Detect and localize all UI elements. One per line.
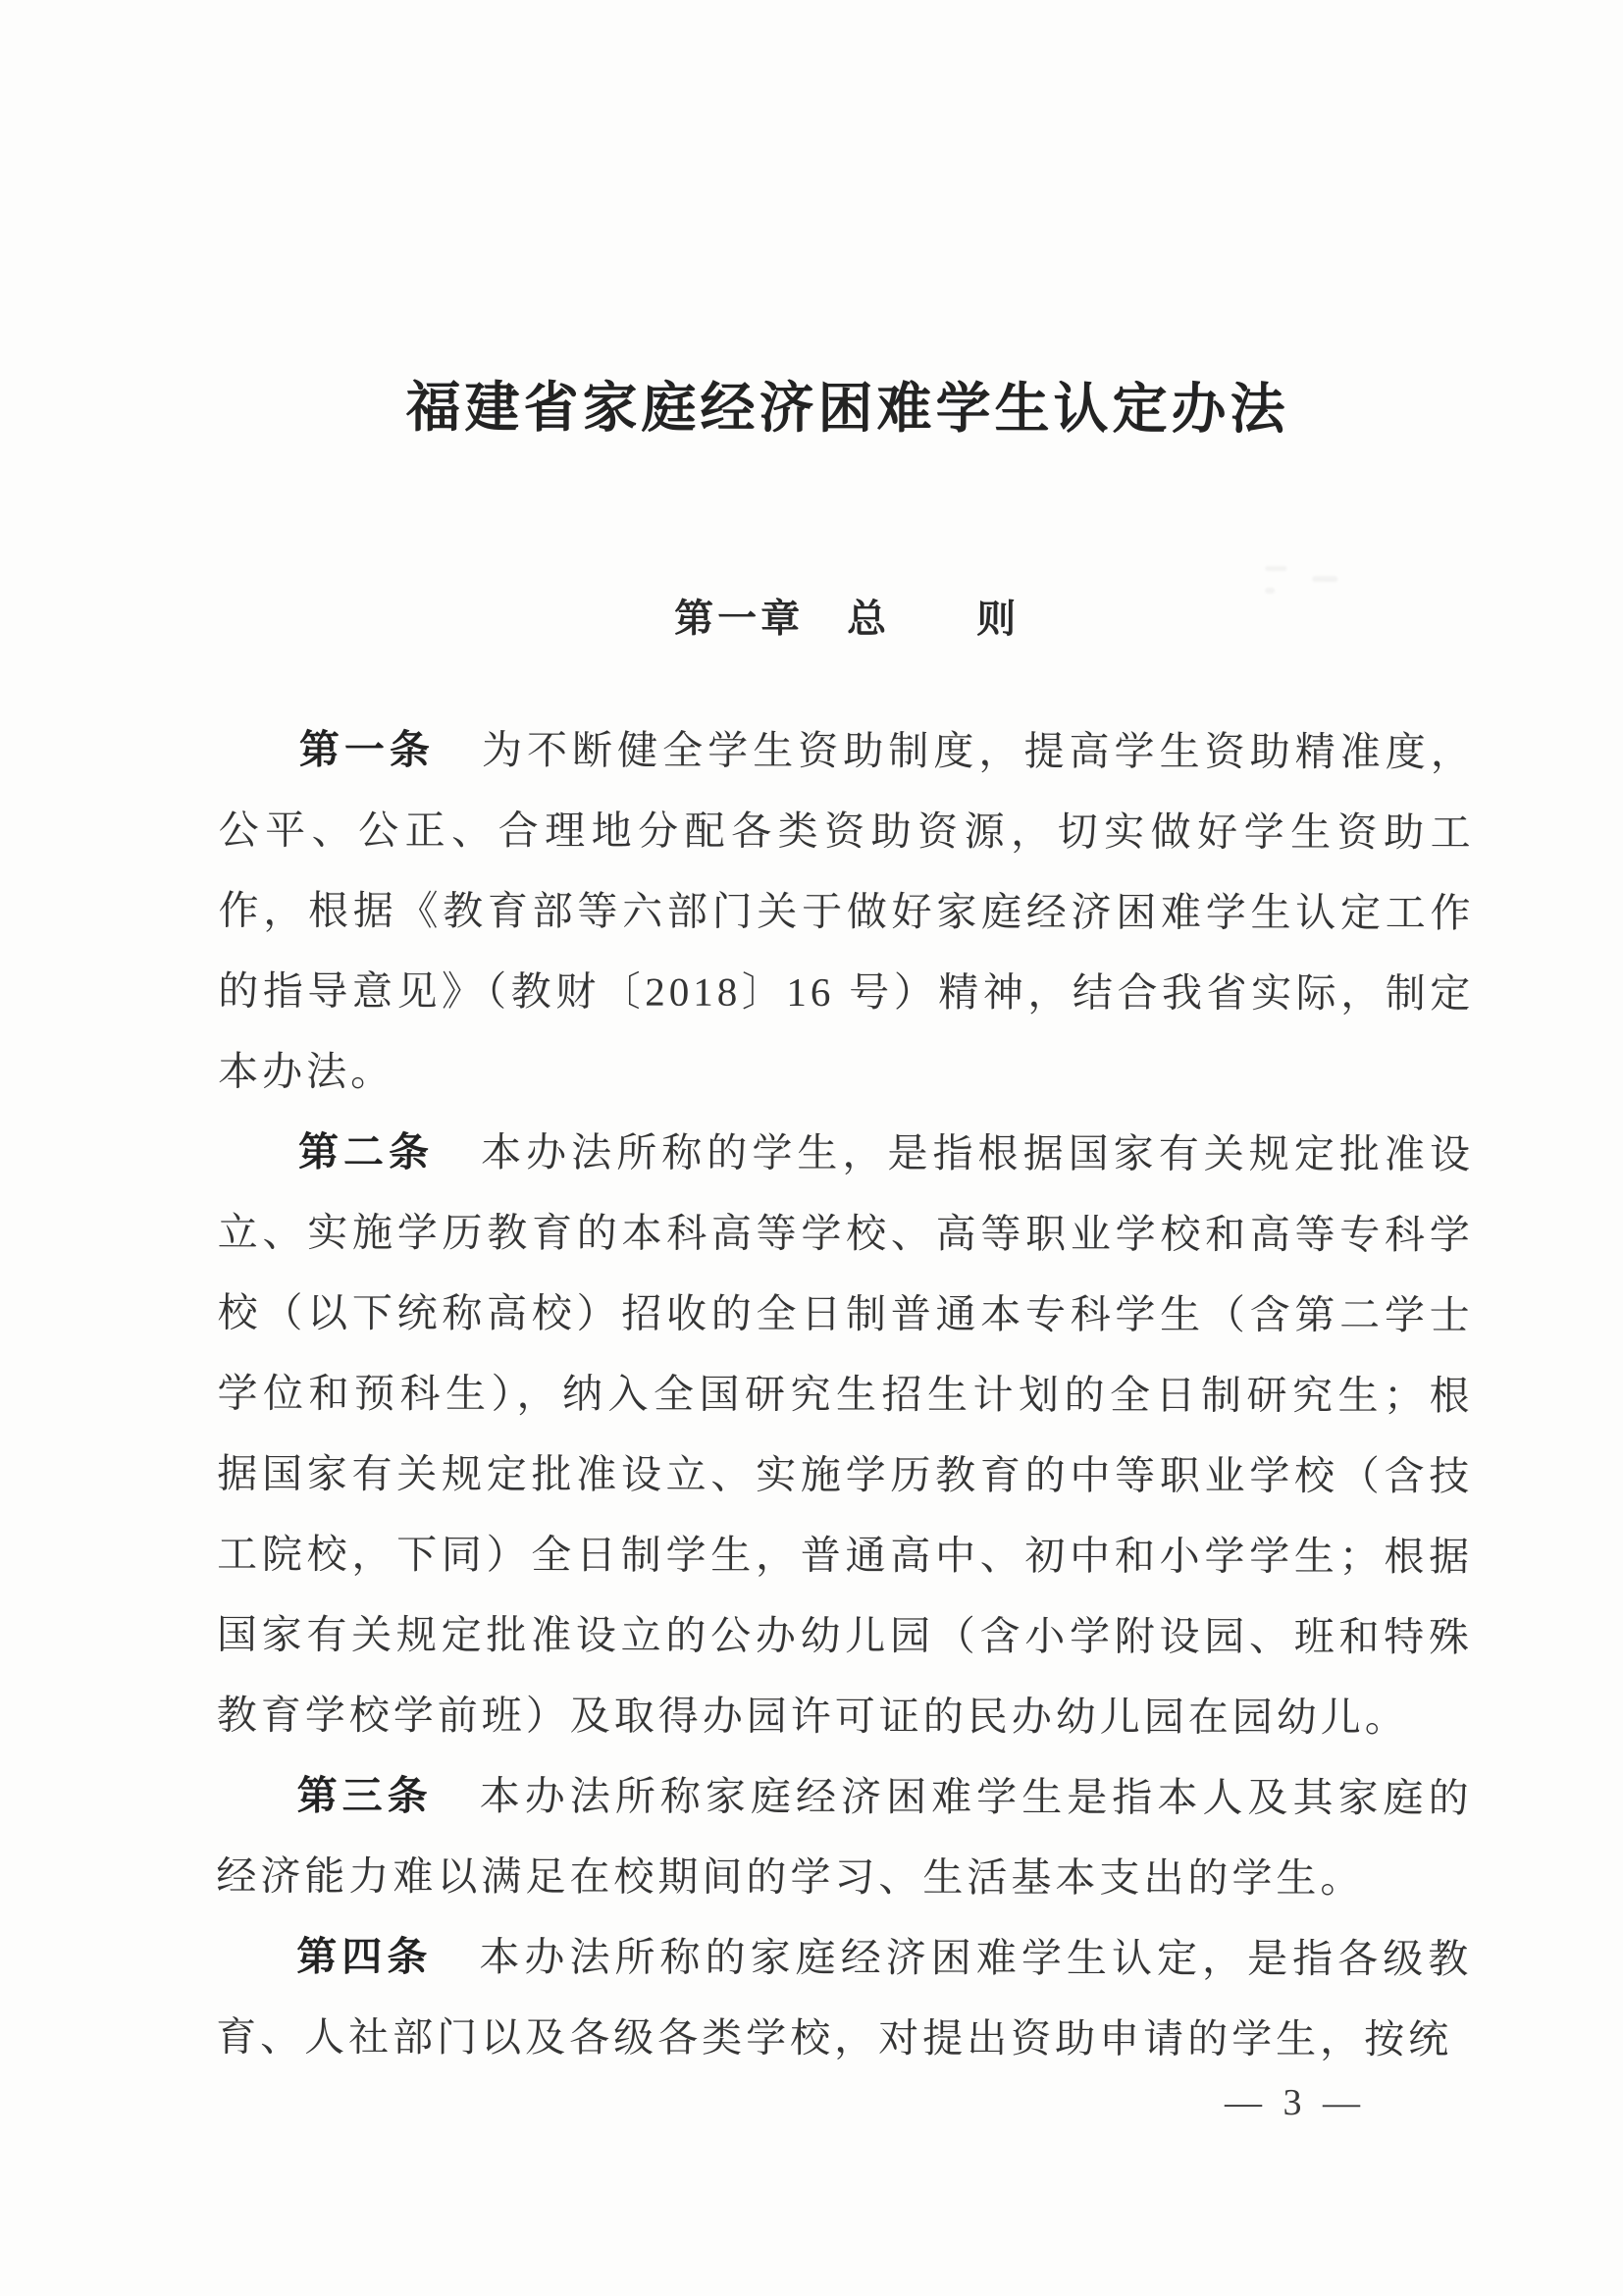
article-1: 第一条为不断健全学生资助制度，提高学生资助精准度，公平、公正、合理地分配各类资助… bbox=[218, 709, 1475, 1115]
document-body: 第一条为不断健全学生资助制度，提高学生资助精准度，公平、公正、合理地分配各类资助… bbox=[216, 709, 1475, 2080]
article-4-number: 第四条 bbox=[296, 1934, 432, 1979]
page-number: — 3 — bbox=[1225, 2081, 1366, 2124]
scan-content: 福建省家庭经济困难学生认定办法 第一章 总 则 第一条为不断健全学生资助制度，提… bbox=[0, 0, 1623, 2296]
document-page: 福建省家庭经济困难学生认定办法 第一章 总 则 第一条为不断健全学生资助制度，提… bbox=[0, 0, 1623, 2296]
article-4: 第四条本办法所称的家庭经济困难学生认定，是指各级教育、人社部门以及各级各类学校，… bbox=[216, 1916, 1472, 2080]
article-1-text: 为不断健全学生资助制度，提高学生资助精准度，公平、公正、合理地分配各类资助资源，… bbox=[218, 727, 1475, 1094]
article-3: 第三条本办法所称家庭经济困难学生是指本人及其家庭的经济能力难以满足在校期间的学习… bbox=[216, 1755, 1472, 1919]
article-2-number: 第二条 bbox=[298, 1129, 434, 1174]
article-1-number: 第一条 bbox=[299, 727, 435, 772]
article-3-number: 第三条 bbox=[297, 1773, 433, 1818]
scan-artifact bbox=[1312, 576, 1337, 582]
article-2-text: 本办法所称的学生，是指根据国家有关规定批准设立、实施学历教育的本科高等学校、高等… bbox=[217, 1129, 1474, 1740]
document-title: 福建省家庭经济困难学生认定办法 bbox=[220, 378, 1476, 442]
chapter-heading: 第一章 总 则 bbox=[219, 596, 1475, 644]
article-2: 第二条本办法所称的学生，是指根据国家有关规定批准设立、实施学历教育的本科高等学校… bbox=[217, 1112, 1474, 1758]
scan-artifact bbox=[1265, 566, 1286, 571]
scan-artifact bbox=[1265, 588, 1275, 594]
